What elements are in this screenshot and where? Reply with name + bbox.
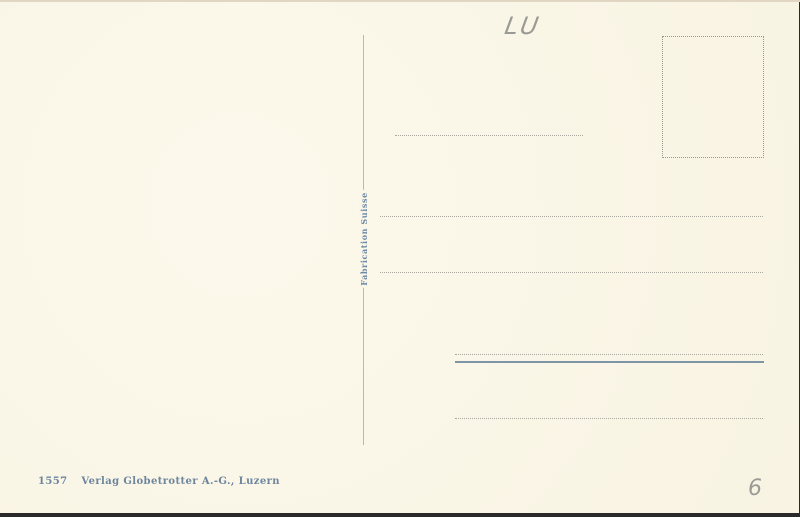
card-top-edge [0,0,800,2]
address-underline [455,361,764,363]
handwritten-region-mark: LU [503,12,543,40]
address-line-5 [455,418,763,419]
publisher-name: Verlag Globetrotter A.-G., Luzern [81,476,280,487]
address-line-2 [380,216,763,217]
stamp-placement-box [662,36,764,158]
postcard-back: LU Fabrication Suisse 1557 Verlag Globet… [0,0,799,513]
publisher-imprint: 1557 Verlag Globetrotter A.-G., Luzern [38,476,280,487]
address-line-4 [455,354,763,355]
address-line-1 [395,135,583,136]
address-line-3 [380,272,763,273]
handwritten-corner-number: 6 [748,476,762,501]
fabrication-label: Fabrication Suisse [359,190,369,288]
publisher-card-number: 1557 [38,476,67,487]
